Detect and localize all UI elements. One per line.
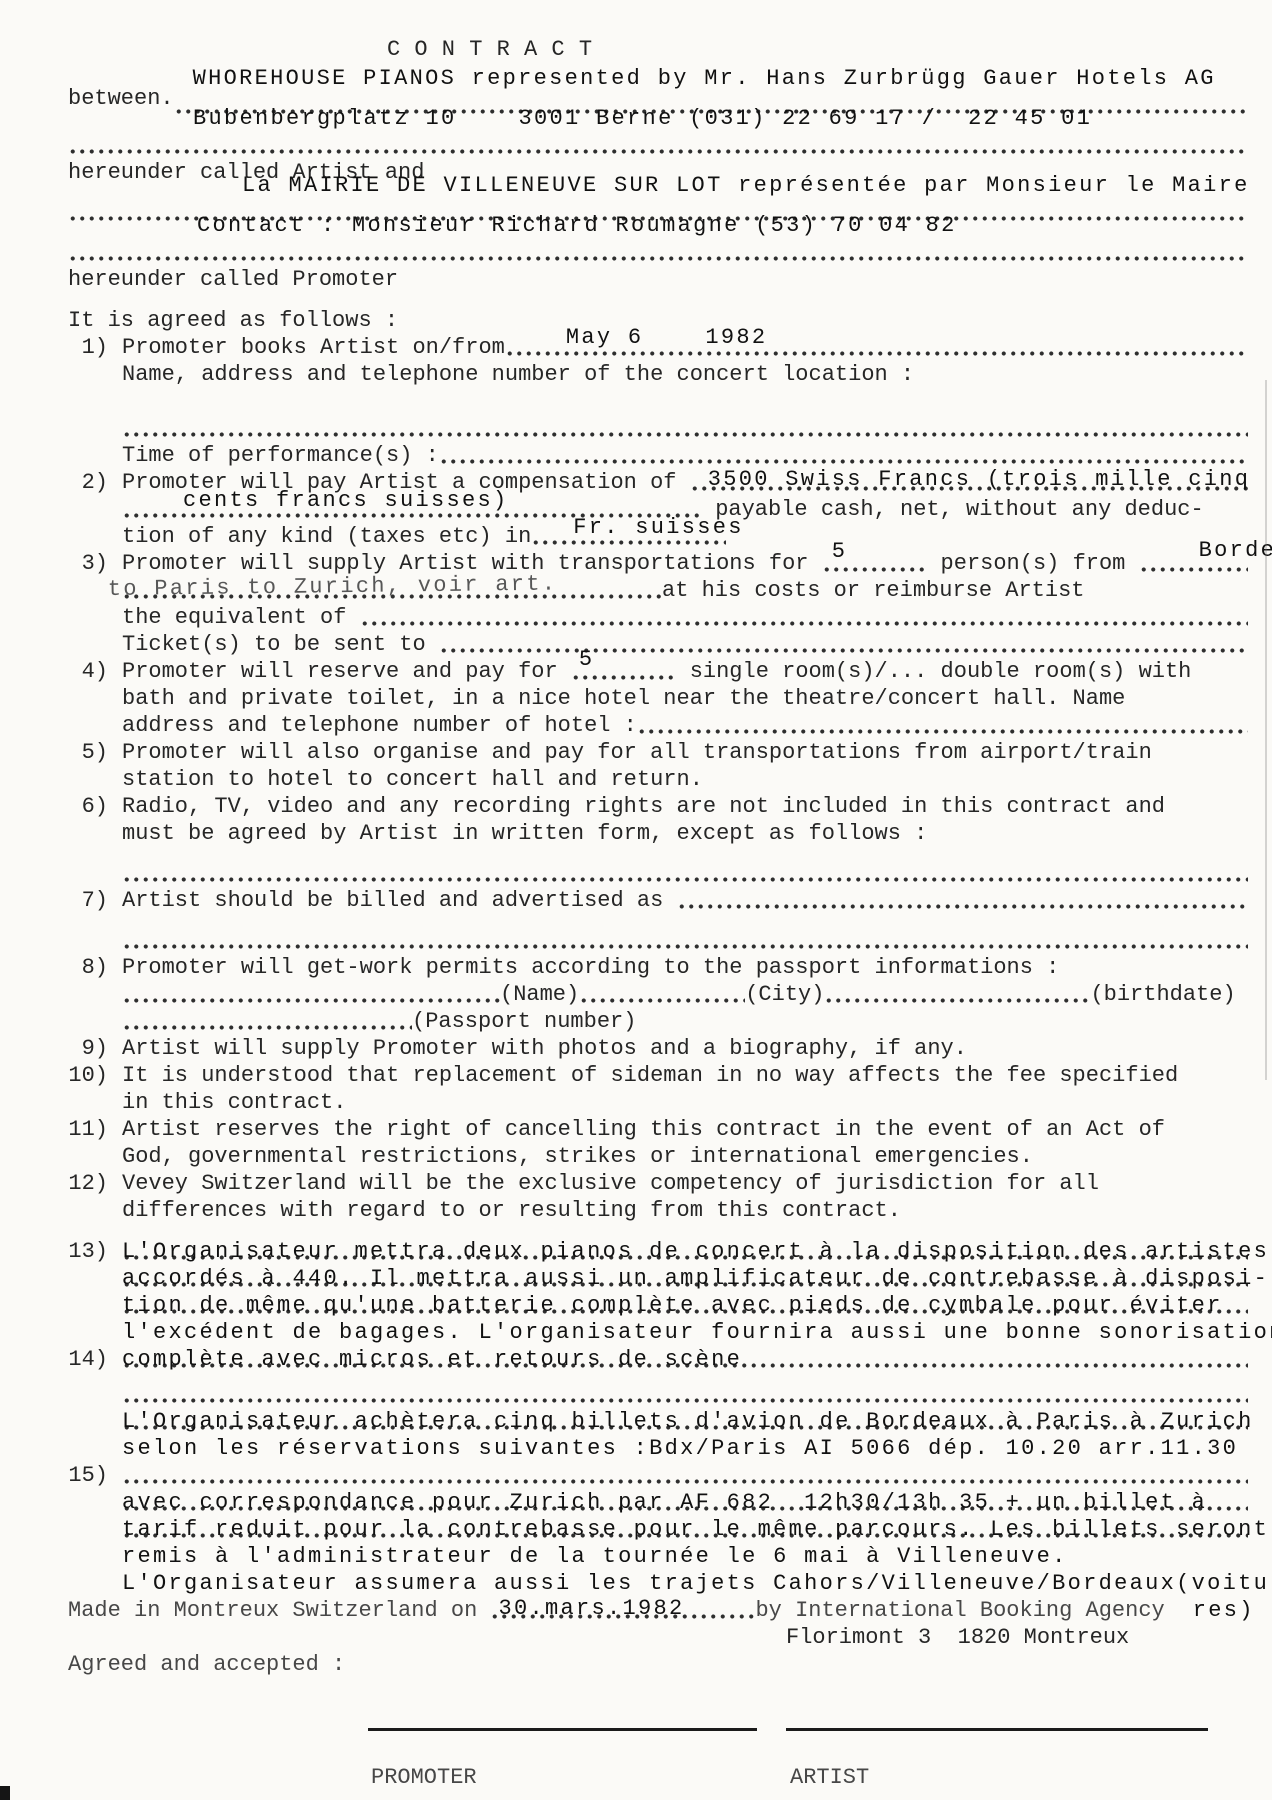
typed-room-count: 5 bbox=[579, 646, 595, 673]
clause-text: Promoter will reserve and pay for bbox=[122, 658, 571, 685]
clause-15-line-4: L'Organisateur assumera aussi les trajet… bbox=[68, 1570, 1248, 1597]
clause-11-line-1: 11) Artist reserves the right of cancell… bbox=[68, 1116, 1248, 1143]
clause-10-line-1: 10) It is understood that replacement of… bbox=[68, 1062, 1248, 1089]
typed-clause-text: accordés à 440. Il mettra aussi un ampli… bbox=[122, 1265, 1269, 1292]
typed-clause-text: L'Organisateur mettra deux pianos de con… bbox=[122, 1238, 1269, 1265]
typed-route: to Paris to Zurich, voir art. bbox=[108, 571, 558, 603]
clause-4-line-3: address and telephone number of hotel : bbox=[68, 712, 1248, 739]
dotted-leader: 3500 Swiss Francs (trois mille cinq bbox=[690, 469, 1248, 496]
clause-13-line-2: accordés à 440. Il mettra aussi un ampli… bbox=[68, 1265, 1248, 1292]
clause-text: person(s) from bbox=[927, 550, 1138, 577]
passport-birthdate-label: (birthdate) bbox=[1090, 981, 1235, 1008]
clause-1-line-1: 1) Promoter books Artist on/from May 6 1… bbox=[68, 334, 1248, 361]
clause-number: 1) bbox=[68, 334, 108, 361]
dotted-leader bbox=[122, 981, 500, 1008]
promoter-signature-label: PROMOTER bbox=[371, 1764, 477, 1791]
typed-clause-text: remis à l'administrateur de la tournée l… bbox=[122, 1543, 1068, 1570]
signature-block: PROMOTER ARTIST bbox=[0, 1678, 1272, 1800]
clause-number: 14) bbox=[68, 1346, 108, 1373]
contract-body: C O N T R A C T between. WHOREHOUSE PIAN… bbox=[0, 0, 1272, 1678]
clause-text: Name, address and telephone number of th… bbox=[122, 361, 914, 388]
blank-line bbox=[68, 388, 1248, 415]
dotted-leader: 5 bbox=[571, 658, 677, 685]
made-in-row: Made in Montreux Switzerland on 30.mars.… bbox=[68, 1597, 1248, 1624]
clause-13-line-3: tion de même qu'une batterie complète av… bbox=[68, 1292, 1248, 1319]
clause-8-line-1: 8) Promoter will get-work permits accord… bbox=[68, 954, 1248, 981]
dotted-leader bbox=[439, 442, 1248, 469]
clause-13-line-4: l'excédent de bagages. L'organisateur fo… bbox=[68, 1319, 1248, 1346]
clause-number: 2) bbox=[68, 469, 108, 496]
contract-document: C O N T R A C T between. WHOREHOUSE PIAN… bbox=[0, 0, 1272, 1800]
dotted-leader bbox=[360, 604, 1248, 631]
clause-text: payable cash, net, without any deduc- bbox=[702, 496, 1204, 523]
clause-number: 4) bbox=[68, 658, 108, 685]
typed-clause-text: tion de même qu'une batterie complète av… bbox=[122, 1292, 1223, 1319]
clause-text: Ticket(s) to be sent to bbox=[122, 631, 439, 658]
clause-text: differences with regard to or resulting … bbox=[122, 1197, 901, 1224]
clause-text: Artist should be billed and advertised a… bbox=[122, 887, 677, 914]
clause-text: bath and private toilet, in a nice hotel… bbox=[122, 685, 1125, 712]
clause-3-line-2: to Paris to Zurich, voir art. at his cos… bbox=[68, 577, 1248, 604]
clause-14-line-1: 14) complète avec micros et retours de s… bbox=[68, 1346, 1248, 1373]
typed-amount: 3500 Swiss Francs (trois mille cinq bbox=[708, 466, 1251, 493]
artist-address-row: Bubenbergplatz 10 3001 Berne (031) 22 69… bbox=[68, 119, 1248, 159]
made-in-text: Made in Montreux Switzerland on bbox=[68, 1597, 490, 1624]
clause-text: station to hotel to concert hall and ret… bbox=[122, 766, 703, 793]
clause-text: Artist will supply Promoter with photos … bbox=[122, 1035, 967, 1062]
clause-15-label-row: 15) bbox=[68, 1462, 1248, 1489]
clause-text: Artist reserves the right of cancelling … bbox=[122, 1116, 1165, 1143]
clause-text: Promoter will get-work permits according… bbox=[122, 954, 1059, 981]
typed-clause-text: tarif reduit pour la contrebasse pour le… bbox=[122, 1516, 1269, 1543]
clause-text: the equivalent of bbox=[122, 604, 360, 631]
promoter-contact-row: Contact : Monsieur Richard Roumagne (53)… bbox=[68, 226, 1248, 266]
scan-edge-line bbox=[1265, 380, 1267, 1080]
between-label: between. bbox=[68, 79, 174, 119]
clause-6-line-2: must be agreed by Artist in written form… bbox=[68, 820, 1248, 847]
clause-1-line-3: Time of performance(s) : bbox=[68, 442, 1248, 469]
clause-12-line-1: 12) Vevey Switzerland will be the exclus… bbox=[68, 1170, 1248, 1197]
dotted-leader: Bubenbergplatz 10 3001 Berne (031) 22 69… bbox=[68, 119, 1248, 159]
clause-text: at his costs or reimburse Artist bbox=[662, 577, 1084, 604]
dotted-leader bbox=[824, 981, 1090, 1008]
clause-13-line-1: 13) L'Organisateur mettra deux pianos de… bbox=[68, 1238, 1248, 1265]
clause-number: 10) bbox=[68, 1062, 108, 1089]
clause-number: 15) bbox=[68, 1462, 108, 1489]
clause-3-line-1: 3) Promoter will supply Artist with tran… bbox=[68, 550, 1248, 577]
clause-3-line-4: Ticket(s) to be sent to bbox=[68, 631, 1248, 658]
clause-number: 9) bbox=[68, 1035, 108, 1062]
dotted-leader: Contact : Monsieur Richard Roumagne (53)… bbox=[68, 226, 1248, 266]
typed-clause-text: avec correspondance pour Zurich par AF 6… bbox=[122, 1489, 1207, 1516]
clause-11-line-2: God, governmental restrictions, strikes … bbox=[68, 1143, 1248, 1170]
dotted-leader bbox=[122, 1008, 412, 1035]
clause-7-line-1: 7) Artist should be billed and advertise… bbox=[68, 887, 1248, 914]
clause-text: Promoter books Artist on/from bbox=[122, 334, 505, 361]
clause-5-line-2: station to hotel to concert hall and ret… bbox=[68, 766, 1248, 793]
dotted-fill-line bbox=[68, 860, 1248, 887]
artist-signature-line bbox=[786, 1728, 1208, 1731]
clause-4-line-2: bath and private toilet, in a nice hotel… bbox=[68, 685, 1248, 712]
typed-clause-text: L'Organisateur assumera aussi les trajet… bbox=[122, 1570, 1269, 1597]
clause-3-line-3: the equivalent of bbox=[68, 604, 1248, 631]
clause-text: Vevey Switzerland will be the exclusive … bbox=[122, 1170, 1099, 1197]
clause-text: tion of any kind (taxes etc) in bbox=[122, 523, 531, 550]
clause-8-line-2: (Name) (City) (birthdate) bbox=[68, 981, 1248, 1008]
typed-contract-date: 30.mars.1982 bbox=[498, 1595, 684, 1622]
dotted-leader bbox=[677, 887, 1249, 914]
agency-address-row: Florimont 3 1820 Montreux bbox=[68, 1624, 1248, 1651]
clause-text: God, governmental restrictions, strikes … bbox=[122, 1143, 1033, 1170]
dotted-fill-line bbox=[68, 927, 1248, 954]
typed-promoter-contact: Contact : Monsieur Richard Roumagne (53)… bbox=[197, 206, 957, 246]
dotted-leader: Fr. suisses bbox=[531, 523, 726, 550]
clause-14-line-3: selon les réservations suivantes :Bdx/Pa… bbox=[68, 1435, 1248, 1462]
promoter-signature-line bbox=[368, 1728, 757, 1731]
clause-10-line-2: in this contract. bbox=[68, 1089, 1248, 1116]
made-by-text: by International Booking Agency bbox=[755, 1597, 1164, 1624]
dotted-leader bbox=[439, 631, 1248, 658]
clause-5-line-1: 5) Promoter will also organise and pay f… bbox=[68, 739, 1248, 766]
agency-address: Florimont 3 1820 Montreux bbox=[786, 1624, 1129, 1651]
clause-number: 6) bbox=[68, 793, 108, 820]
dotted-fill-line bbox=[68, 1381, 1248, 1408]
clause-number: 11) bbox=[68, 1116, 108, 1143]
promoter-designation-row: hereunder called Promoter bbox=[68, 266, 1248, 293]
agreed-row: Agreed and accepted : bbox=[68, 1651, 1248, 1678]
intro-text: It is agreed as follows : bbox=[68, 307, 398, 334]
clause-9-line-1: 9) Artist will supply Promoter with phot… bbox=[68, 1035, 1248, 1062]
clause-number: 8) bbox=[68, 954, 108, 981]
typed-amount-continued: cents francs suisses) bbox=[183, 487, 509, 514]
dotted-leader: to Paris to Zurich, voir art. bbox=[122, 577, 662, 604]
typed-voitures-continuation: res) bbox=[1193, 1597, 1255, 1624]
clause-1-line-2: Name, address and telephone number of th… bbox=[68, 361, 1248, 388]
promoter-designation: hereunder called Promoter bbox=[68, 266, 398, 293]
clause-4-line-1: 4) Promoter will reserve and pay for 5 s… bbox=[68, 658, 1248, 685]
clause-12-line-2: differences with regard to or resulting … bbox=[68, 1197, 1248, 1224]
typed-person-count: 5 bbox=[832, 538, 848, 565]
clause-number: 7) bbox=[68, 887, 108, 914]
clause-2-line-3: tion of any kind (taxes etc) in Fr. suis… bbox=[68, 523, 1248, 550]
dotted-leader: May 6 1982 bbox=[505, 334, 1248, 361]
typed-artist-name: WHOREHOUSE PIANOS represented by Mr. Han… bbox=[193, 59, 1216, 99]
clause-14-line-2: L'Organisateur achètera cinq billets d'a… bbox=[68, 1408, 1248, 1435]
clause-number: 3) bbox=[68, 550, 108, 577]
typed-departure-city: Bordeaux bbox=[1199, 537, 1272, 564]
clause-number: 13) bbox=[68, 1238, 108, 1265]
artist-signature-label: ARTIST bbox=[790, 1764, 869, 1791]
clause-text: Promoter will also organise and pay for … bbox=[122, 739, 1152, 766]
typed-booking-date: May 6 1982 bbox=[566, 324, 768, 351]
dotted-leader bbox=[579, 981, 745, 1008]
typed-promoter-name: La MAIRIE DE VILLENEUVE SUR LOT représen… bbox=[242, 166, 1250, 206]
dotted-leader: 5 bbox=[822, 550, 928, 577]
clause-15-line-2: tarif reduit pour la contrebasse pour le… bbox=[68, 1516, 1248, 1543]
dotted-leader: 30.mars.1982 bbox=[490, 1597, 755, 1624]
clause-8-line-3: (Passport number) bbox=[68, 1008, 1248, 1035]
dotted-leader bbox=[637, 712, 1248, 739]
clause-text: single room(s)/... double room(s) with bbox=[677, 658, 1192, 685]
clause-6-line-1: 6) Radio, TV, video and any recording ri… bbox=[68, 793, 1248, 820]
clause-text: address and telephone number of hotel : bbox=[122, 712, 637, 739]
scan-corner-mark bbox=[0, 1786, 10, 1800]
clause-number: 12) bbox=[68, 1170, 108, 1197]
typed-currency: Fr. suisses bbox=[573, 514, 744, 541]
clause-text: in this contract. bbox=[122, 1089, 346, 1116]
clause-number: 5) bbox=[68, 739, 108, 766]
clause-text: Radio, TV, video and any recording right… bbox=[122, 793, 1165, 820]
typed-clause-text: complète avec micros et retours de scène bbox=[122, 1346, 742, 1373]
clause-15-line-3: remis à l'administrateur de la tournée l… bbox=[68, 1543, 1248, 1570]
typed-clause-text: selon les réservations suivantes :Bdx/Pa… bbox=[122, 1435, 1238, 1462]
dotted-fill-line bbox=[68, 415, 1248, 442]
clause-text: must be agreed by Artist in written form… bbox=[122, 820, 927, 847]
dotted-leader: Bordeaux bbox=[1139, 550, 1248, 577]
clause-text: Time of performance(s) : bbox=[122, 442, 439, 469]
typed-artist-address: Bubenbergplatz 10 3001 Berne (031) 22 69… bbox=[193, 99, 1092, 139]
passport-name-label: (Name) bbox=[500, 981, 579, 1008]
agreed-text: Agreed and accepted : bbox=[68, 1651, 345, 1678]
passport-city-label: (City) bbox=[745, 981, 824, 1008]
typed-clause-text: l'excédent de bagages. L'organisateur fo… bbox=[122, 1319, 1272, 1346]
passport-number-label: (Passport number) bbox=[412, 1008, 636, 1035]
typed-clause-text: L'Organisateur achètera cinq billets d'a… bbox=[122, 1408, 1254, 1435]
clause-text: It is understood that replacement of sid… bbox=[122, 1062, 1178, 1089]
clause-15-line-1: avec correspondance pour Zurich par AF 6… bbox=[68, 1489, 1248, 1516]
